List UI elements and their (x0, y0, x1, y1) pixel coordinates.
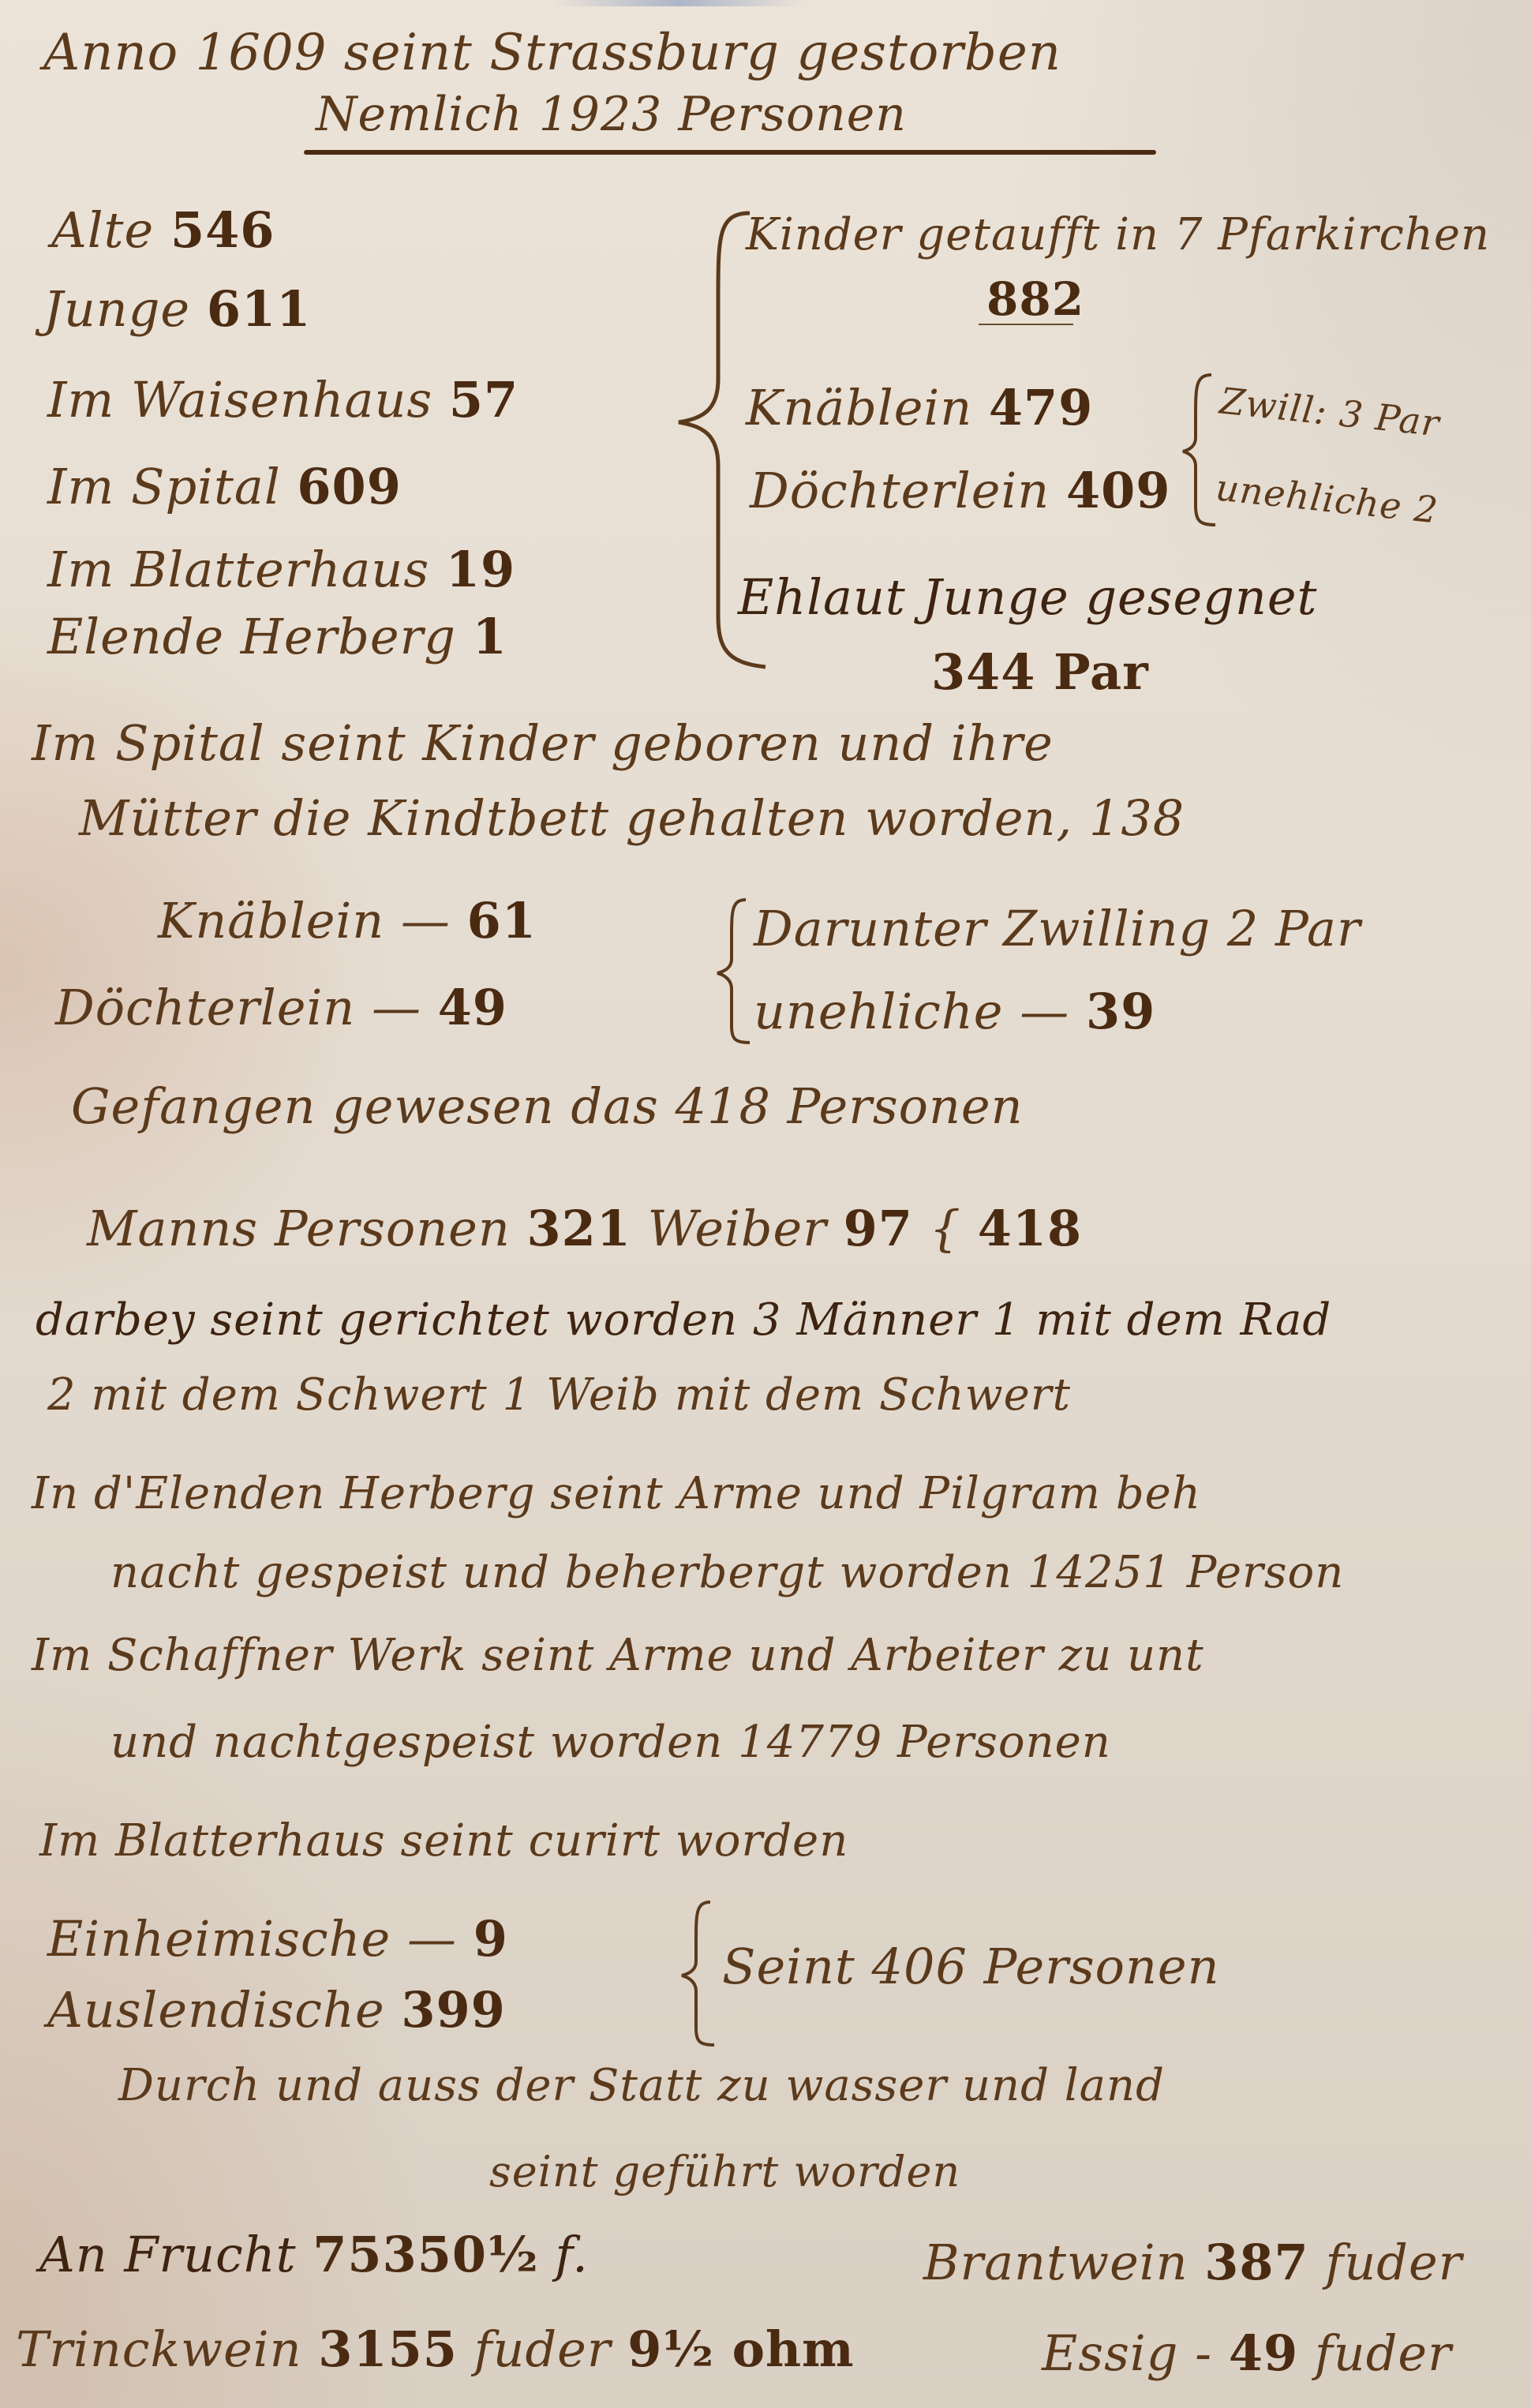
spital-girls-value: 49 (438, 979, 507, 1036)
list-item-value: 609 (297, 458, 401, 515)
list-item-label: Alte (51, 201, 154, 259)
list-item-value: 611 (207, 280, 311, 338)
spital-boys-label: Knäblein (158, 892, 384, 949)
illegitimate-note: unehliche 2 (1214, 466, 1440, 531)
prisoners-line-1: Gefangen gewesen das 418 Personen (71, 1077, 1024, 1135)
foreign-value: 399 (401, 1981, 505, 2039)
prisoners-line-3: darbey seint gerichtet worden 3 Männer 1… (36, 1294, 1331, 1346)
married-value: 344 Par (931, 643, 1149, 701)
wine-extra: 9½ ohm (627, 2320, 854, 2378)
list-item-value: 546 (170, 201, 275, 259)
natives-row: Einheimische — 9 (47, 1910, 508, 1968)
list-item-spital: Im Spital 609 (47, 458, 402, 515)
wine-label: Trinckwein (16, 2320, 302, 2378)
baptized-total-underline (979, 324, 1073, 325)
spital-twins-note: Darunter Zwilling 2 Par (754, 900, 1361, 957)
list-item-value: 1 (473, 608, 507, 665)
schaffner-line-1: Im Schaffner Werk seint Arme und Arbeite… (32, 1630, 1204, 1681)
heading-underline (304, 150, 1156, 155)
spital-girls-row: Döchterlein — 49 (55, 979, 507, 1036)
blatterhaus-line-1: Im Blatterhaus seint curirt worden (39, 1815, 848, 1867)
grain-unit: f. (555, 2226, 588, 2283)
vinegar-row: Essig - 49 fuder (1042, 2324, 1452, 2382)
list-item-label: Im Blatterhaus (47, 541, 429, 598)
heading-line-2: Nemlich 1923 Personen (316, 87, 907, 142)
herberg-line-1: In d'Elenden Herberg seint Arme und Pilg… (32, 1468, 1201, 1519)
list-item-junge: Junge 611 (43, 280, 311, 338)
list-item-label: Elende Herberg (47, 608, 456, 665)
brandy-unit: fuder (1325, 2234, 1462, 2291)
foreign-label: Auslendische (47, 1981, 385, 2039)
list-item-label: Im Spital (47, 458, 281, 515)
married-label: Ehlaut Junge gesegnet (738, 568, 1317, 626)
blatterhaus-total-note: Seint 406 Personen (722, 1938, 1220, 1995)
spital-boys-row: Knäblein — 61 (158, 892, 537, 949)
blatterhaus-brace-icon (679, 1898, 718, 2048)
boys-label: Knäblein (746, 379, 972, 436)
spital-line-2: Mütter die Kindtbett gehalten worden, 13… (79, 789, 1185, 847)
list-item-blatterhaus: Im Blatterhaus 19 (47, 541, 515, 598)
spital-illegit-value: 39 (1086, 983, 1155, 1040)
men-value: 321 (527, 1200, 631, 1257)
list-item-value: 19 (446, 541, 515, 598)
wine-value: 3155 (318, 2320, 458, 2378)
wine-unit: fuder (474, 2320, 612, 2378)
girls-label: Döchterlein (750, 462, 1050, 519)
vinegar-label: Essig (1042, 2324, 1178, 2382)
foreign-row: Auslendische 399 (47, 1981, 506, 2039)
spital-line-1: Im Spital seint Kinder geboren und ihre (32, 714, 1054, 772)
girls-row: Döchterlein 409 (750, 462, 1170, 519)
baptized-total: 882 (986, 272, 1084, 326)
natives-label: Einheimische (47, 1910, 391, 1968)
list-item-label: Junge (43, 280, 190, 338)
natives-value: 9 (474, 1910, 508, 1968)
girls-value: 409 (1066, 462, 1170, 519)
herberg-line-2: nacht gespeist und beherbergt worden 142… (110, 1547, 1344, 1598)
spital-girls-label: Döchterlein (55, 979, 355, 1036)
grain-value: 75350½ (313, 2226, 538, 2283)
list-item-value: 57 (449, 371, 518, 429)
men-label: Manns Personen (87, 1200, 511, 1257)
list-item-waisenhaus: Im Waisenhaus 57 (47, 371, 518, 429)
boys-value: 479 (989, 379, 1093, 436)
page-top-shadow (552, 0, 805, 6)
spital-illegit-label: unehliche (754, 983, 1004, 1040)
wine-row: Trinckwein 3155 fuder 9½ ohm (16, 2320, 855, 2378)
brandy-label: Brantwein (923, 2234, 1188, 2291)
prisoners-line-4: 2 mit dem Schwert 1 Weib mit dem Schwert (47, 1369, 1071, 1421)
boys-row: Knäblein 479 (746, 379, 1093, 436)
manuscript-page: Anno 1609 seint Strassburg gestorben Nem… (0, 0, 1531, 2408)
spital-boys-value: 61 (467, 892, 537, 949)
grain-label: An Frucht (39, 2226, 297, 2283)
prisoners-line-2: Manns Personen 321 Weiber 97 { 418 (87, 1200, 1082, 1257)
brandy-row: Brantwein 387 fuder (923, 2234, 1462, 2291)
list-item-alte: Alte 546 (51, 201, 275, 259)
list-item-label: Im Waisenhaus (47, 371, 432, 429)
women-value: 97 (844, 1200, 913, 1257)
heading-line-1: Anno 1609 seint Strassburg gestorben (43, 24, 1061, 82)
women-label: Weiber (648, 1200, 827, 1257)
spital-brace-icon (714, 896, 754, 1046)
vinegar-unit: fuder (1315, 2324, 1452, 2382)
transport-line-2: seint geführt worden (489, 2147, 960, 2196)
prisoners-total: 418 (978, 1200, 1082, 1257)
transport-line-1: Durch und auss der Statt zu wasser und l… (118, 2060, 1165, 2111)
brandy-value: 387 (1204, 2234, 1308, 2291)
schaffner-line-2: und nachtgespeist worden 14779 Personen (110, 1717, 1111, 1768)
list-item-elende-herberg: Elende Herberg 1 (47, 608, 507, 665)
spital-illegit-row: unehliche — 39 (754, 983, 1155, 1040)
grain-row: An Frucht 75350½ f. (39, 2226, 589, 2283)
twins-note: Zwill: 3 Par (1218, 380, 1442, 445)
baptized-label: Kinder getaufft in 7 Pfarkirchen (746, 209, 1490, 260)
vinegar-value: 49 (1229, 2324, 1298, 2382)
